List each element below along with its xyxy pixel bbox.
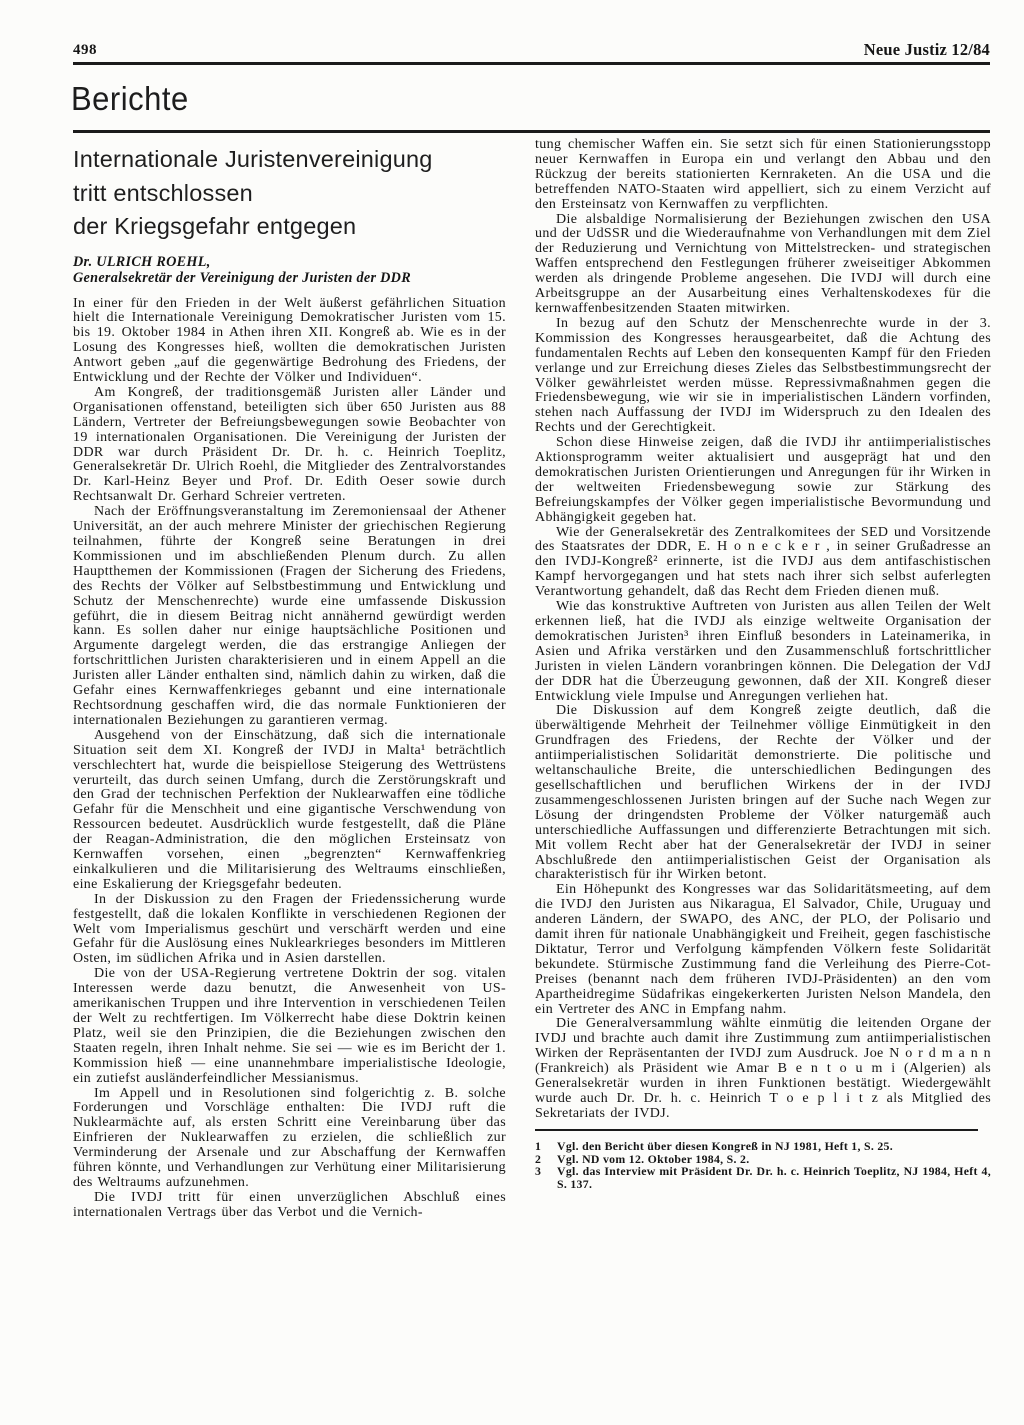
footnote-text: Vgl. den Bericht über diesen Kongreß in … — [557, 1140, 991, 1153]
article-title-line: Internationale Juristenvereinigung — [73, 143, 506, 177]
footnote: 3 Vgl. das Interview mit Präsident Dr. D… — [535, 1165, 991, 1191]
paragraph: Wie das konstruktive Auftreten von Juris… — [535, 600, 991, 704]
header-rule — [73, 62, 990, 65]
paragraph: Die alsbaldige Normalisierung der Bezieh… — [535, 213, 991, 317]
paragraph: Schon diese Hinweise zeigen, daß die IVD… — [535, 436, 991, 525]
article-title: Internationale Juristenvereinigung tritt… — [73, 143, 506, 244]
paragraph: Am Kongreß, der traditionsgemäß Juristen… — [73, 386, 506, 505]
footnote-text: Vgl. das Interview mit Präsident Dr. Dr.… — [557, 1165, 991, 1191]
paragraph: Ausgehend von der Einschätzung, daß sich… — [73, 729, 506, 893]
paragraph: Die von der USA-Regierung vertretene Dok… — [73, 967, 506, 1086]
author-role: Generalsekretär der Vereinigung der Juri… — [73, 270, 506, 286]
paragraph: Die Diskussion auf dem Kongreß zeigte de… — [535, 704, 991, 883]
footnote-number: 3 — [535, 1165, 557, 1191]
section-rule — [73, 130, 990, 133]
article-title-line: der Kriegsgefahr entgegen — [73, 210, 506, 244]
footnotes: 1 Vgl. den Bericht über diesen Kongreß i… — [535, 1129, 991, 1191]
paragraph: In einer für den Frieden in der Welt äuß… — [73, 297, 506, 386]
paragraph: In der Diskussion zu den Fragen der Frie… — [73, 893, 506, 968]
left-column-body: In einer für den Frieden in der Welt äuß… — [73, 297, 506, 1221]
footnote-number: 1 — [535, 1140, 557, 1153]
section-heading: Berichte — [71, 80, 189, 119]
paragraph: In bezug auf den Schutz der Menschenrech… — [535, 317, 991, 436]
paragraph: Nach der Eröffnungsveranstaltung im Zere… — [73, 505, 506, 729]
paragraph: Die Generalversammlung wählte einmütig d… — [535, 1017, 991, 1121]
footnote: 1 Vgl. den Bericht über diesen Kongreß i… — [535, 1140, 991, 1153]
right-column: tung chemischer Waffen ein. Sie setzt si… — [535, 138, 991, 1191]
paragraph: Wie der Generalsekretär des Zentralkomit… — [535, 526, 991, 601]
footnote-divider — [535, 1129, 978, 1131]
paragraph: Im Appell und in Resolutionen sind folge… — [73, 1087, 506, 1191]
paragraph: Ein Höhepunkt des Kongresses war das Sol… — [535, 883, 991, 1017]
left-column: Internationale Juristenvereinigung tritt… — [73, 143, 506, 1221]
article-title-line: tritt entschlossen — [73, 177, 506, 211]
journal-title: Neue Justiz 12/84 — [864, 40, 990, 60]
author-block: Dr. ULRICH ROEHL, Generalsekretär der Ve… — [73, 254, 506, 286]
author-name: Dr. ULRICH ROEHL, — [73, 254, 506, 270]
journal-page: 498 Neue Justiz 12/84 Berichte Internati… — [0, 0, 1024, 1425]
page-number: 498 — [73, 42, 97, 59]
paragraph: Die IVDJ tritt für einen unverzüglichen … — [73, 1191, 506, 1221]
paragraph: tung chemischer Waffen ein. Sie setzt si… — [535, 138, 991, 213]
